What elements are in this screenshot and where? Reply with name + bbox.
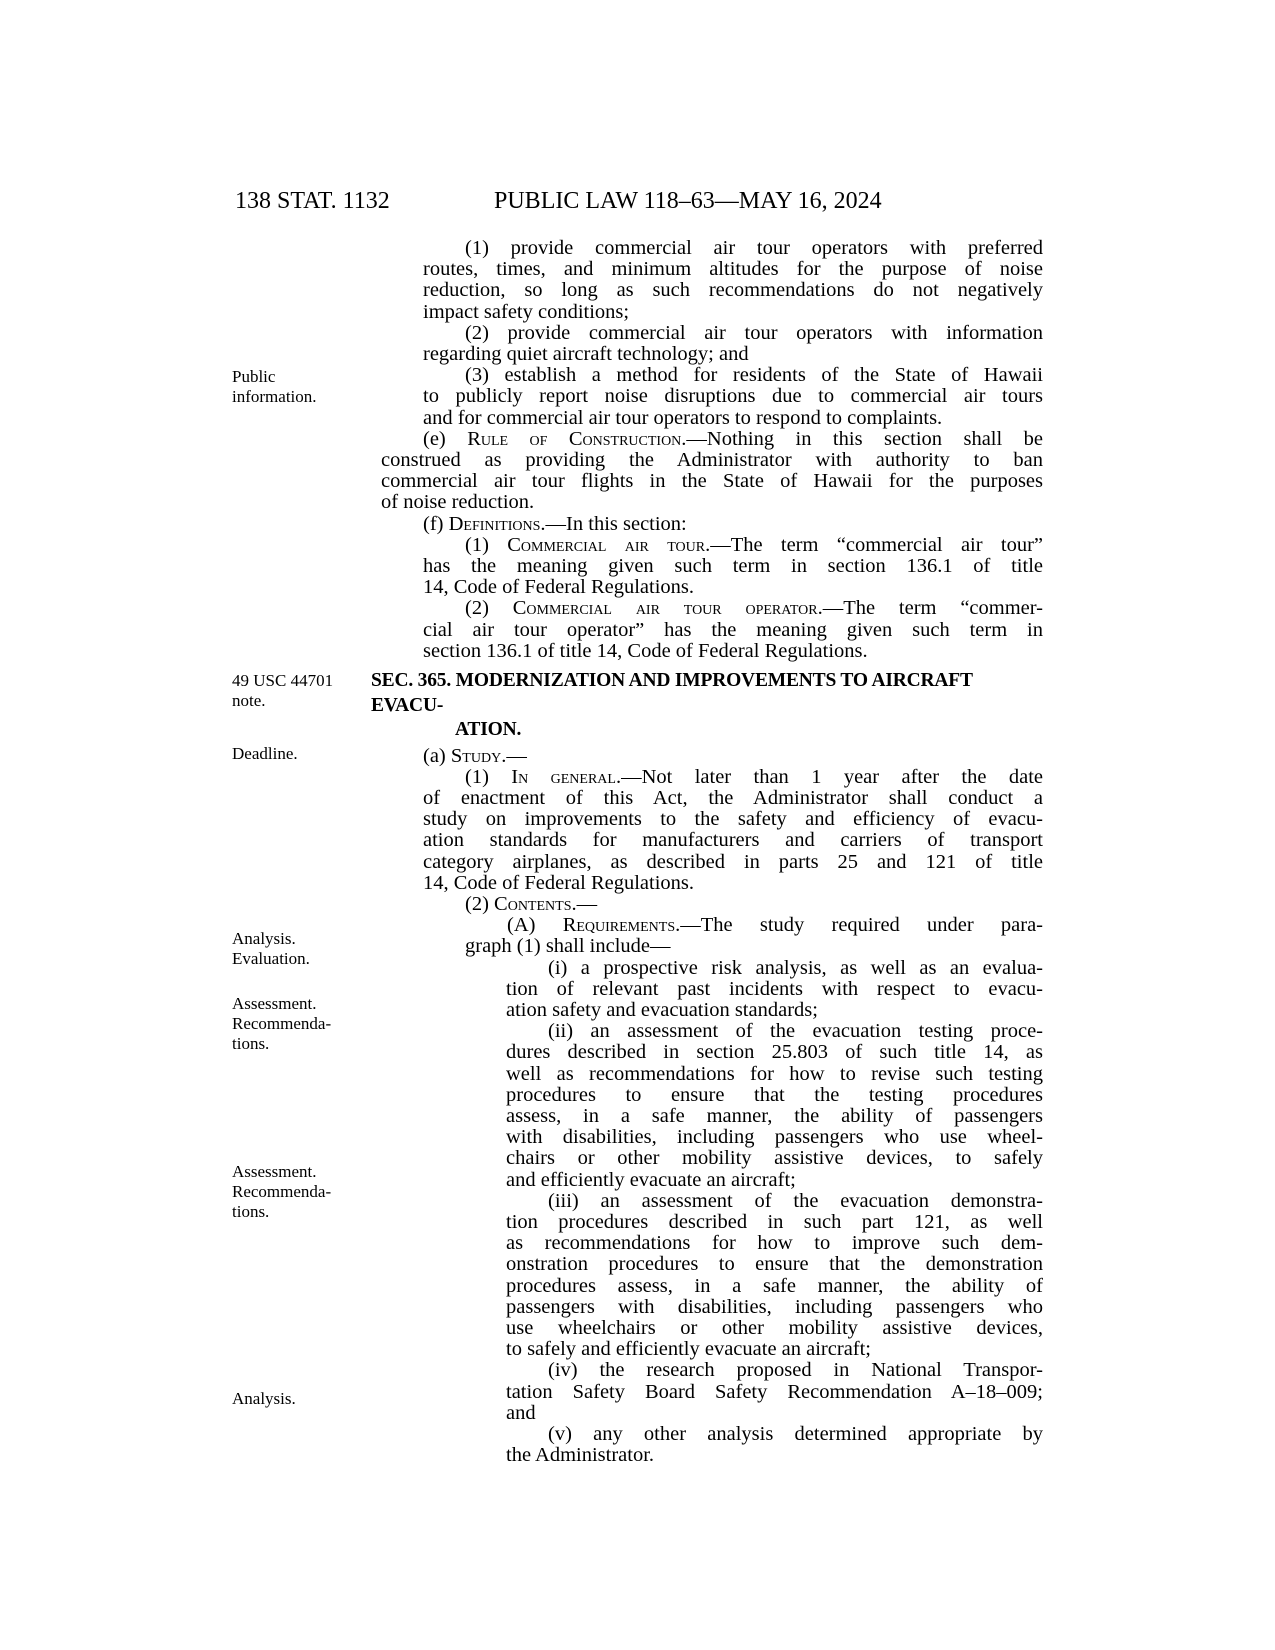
- text-line: onstration procedures to ensure that the…: [506, 1254, 1043, 1275]
- text-line: (v) any other analysis determined approp…: [506, 1424, 1043, 1445]
- text-line: and for commercial air tour operators to…: [423, 408, 1043, 429]
- margin-note-line: note.: [232, 691, 372, 711]
- paragraph: (2) provide commercial air tour operator…: [423, 323, 1043, 365]
- text-line: chairs or other mobility assistive devic…: [506, 1148, 1043, 1169]
- text-line: (1) In general.—Not later than 1 year af…: [423, 767, 1043, 788]
- section-heading-line: SEC. 365. MODERNIZATION AND IMPROVEMENTS…: [371, 669, 1043, 718]
- margin-note-line: Assessment.: [232, 1162, 372, 1182]
- paragraph: (v) any other analysis determined approp…: [506, 1424, 1043, 1466]
- text-line: (iii) an assessment of the evacuation de…: [506, 1191, 1043, 1212]
- margin-note: Deadline.: [232, 744, 372, 764]
- paragraph: (A) Requirements.—The study required und…: [465, 915, 1043, 957]
- margin-note: Assessment.Recommenda-tions.: [232, 994, 372, 1054]
- margin-note-line: Public: [232, 367, 372, 387]
- text-line: regarding quiet aircraft technology; and: [423, 344, 1043, 365]
- text-line: construed as providing the Administrator…: [381, 450, 1043, 471]
- margin-note-line: tions.: [232, 1202, 372, 1222]
- margin-note: 49 USC 44701note.: [232, 671, 372, 711]
- margin-note-line: 49 USC 44701: [232, 671, 372, 691]
- text-line: of noise reduction.: [381, 492, 1043, 513]
- small-caps-term: Contents: [494, 893, 571, 915]
- paragraph: (3) establish a method for residents of …: [423, 365, 1043, 429]
- text-line: section 136.1 of title 14, Code of Feder…: [423, 641, 1043, 662]
- margin-note-line: information.: [232, 387, 372, 407]
- text-line: (iv) the research proposed in National T…: [506, 1360, 1043, 1381]
- text-line: and: [506, 1403, 1043, 1424]
- text-line: study on improvements to the safety and …: [423, 809, 1043, 830]
- small-caps-term: Rule of Construction: [467, 428, 681, 450]
- text-line: to publicly report noise disruptions due…: [423, 386, 1043, 407]
- margin-note-line: Evaluation.: [232, 949, 372, 969]
- paragraph: (2) Contents.—: [423, 894, 1043, 915]
- paragraph: (1) Commercial air tour.—The term “comme…: [423, 535, 1043, 599]
- paragraph: (iv) the research proposed in National T…: [506, 1360, 1043, 1424]
- text-line: 14, Code of Federal Regulations.: [423, 873, 1043, 894]
- margin-note-line: Analysis.: [232, 929, 372, 949]
- text-line: with disabilities, including passengers …: [506, 1127, 1043, 1148]
- margin-note: Analysis.: [232, 1389, 372, 1409]
- paragraph: (1) In general.—Not later than 1 year af…: [423, 767, 1043, 894]
- text-line: category airplanes, as described in part…: [423, 852, 1043, 873]
- text-line: (1) Commercial air tour.—The term “comme…: [423, 535, 1043, 556]
- text-line: graph (1) shall include—: [465, 936, 1043, 957]
- margin-note: Publicinformation.: [232, 367, 372, 407]
- section-heading: SEC. 365. MODERNIZATION AND IMPROVEMENTS…: [371, 669, 1043, 743]
- text-line: the Administrator.: [506, 1445, 1043, 1466]
- margin-note: Assessment.Recommenda-tions.: [232, 1162, 372, 1222]
- text-line: procedures assess, in a safe manner, the…: [506, 1276, 1043, 1297]
- text-line: ation safety and evacuation standards;: [506, 1000, 1043, 1021]
- text-line: (3) establish a method for residents of …: [423, 365, 1043, 386]
- text-line: commercial air tour flights in the State…: [381, 471, 1043, 492]
- section-heading-line: ATION.: [371, 718, 1043, 743]
- text-line: 14, Code of Federal Regulations.: [423, 577, 1043, 598]
- text-line: (2) Commercial air tour operator.—The te…: [423, 598, 1043, 619]
- paragraph: (i) a prospective risk analysis, as well…: [506, 958, 1043, 1022]
- body-column: (1) provide commercial air tour operator…: [381, 238, 1043, 1466]
- text-line: (e) Rule of Construction.—Nothing in thi…: [381, 429, 1043, 450]
- text-line: and efficiently evacuate an aircraft;: [506, 1170, 1043, 1191]
- paragraph: (a) Study.—: [381, 746, 1043, 767]
- text-line: ation standards for manufacturers and ca…: [423, 830, 1043, 851]
- small-caps-term: Definitions: [449, 513, 541, 535]
- text-line: assess, in a safe manner, the ability of…: [506, 1106, 1043, 1127]
- margin-note-line: tions.: [232, 1034, 372, 1054]
- margin-note-line: Assessment.: [232, 994, 372, 1014]
- text-line: (2) Contents.—: [423, 894, 1043, 915]
- text-line: as recommendations for how to improve su…: [506, 1233, 1043, 1254]
- text-line: to safely and efficiently evacuate an ai…: [506, 1339, 1043, 1360]
- margin-note-line: Recommenda-: [232, 1182, 372, 1202]
- small-caps-term: Commercial air tour: [507, 534, 705, 556]
- text-line: (i) a prospective risk analysis, as well…: [506, 958, 1043, 979]
- statute-page: 138 STAT. 1132 PUBLIC LAW 118–63—MAY 16,…: [0, 0, 1275, 1650]
- text-line: (f) Definitions.—In this section:: [381, 514, 1043, 535]
- small-caps-term: Requirements: [563, 914, 675, 936]
- text-line: tion procedures described in such part 1…: [506, 1212, 1043, 1233]
- margin-note-line: Recommenda-: [232, 1014, 372, 1034]
- margin-note-line: Deadline.: [232, 744, 372, 764]
- text-line: reduction, so long as such recommendatio…: [423, 280, 1043, 301]
- text-line: tion of relevant past incidents with res…: [506, 979, 1043, 1000]
- text-line: cial air tour operator” has the meaning …: [423, 620, 1043, 641]
- text-line: impact safety conditions;: [423, 302, 1043, 323]
- text-line: tation Safety Board Safety Recommendatio…: [506, 1382, 1043, 1403]
- small-caps-term: In general: [511, 766, 616, 788]
- text-line: (A) Requirements.—The study required und…: [465, 915, 1043, 936]
- paragraph: (ii) an assessment of the evacuation tes…: [506, 1021, 1043, 1191]
- paragraph: (f) Definitions.—In this section:: [381, 514, 1043, 535]
- text-line: passengers with disabilities, including …: [506, 1297, 1043, 1318]
- margin-note-line: Analysis.: [232, 1389, 372, 1409]
- small-caps-term: Commercial air tour operator: [513, 597, 818, 619]
- text-line: (1) provide commercial air tour operator…: [423, 238, 1043, 259]
- paragraph: (e) Rule of Construction.—Nothing in thi…: [381, 429, 1043, 514]
- text-line: (a) Study.—: [381, 746, 1043, 767]
- text-line: (ii) an assessment of the evacuation tes…: [506, 1021, 1043, 1042]
- text-line: dures described in section 25.803 of suc…: [506, 1042, 1043, 1063]
- paragraph: (2) Commercial air tour operator.—The te…: [423, 598, 1043, 662]
- paragraph: (1) provide commercial air tour operator…: [423, 238, 1043, 323]
- text-line: (2) provide commercial air tour operator…: [423, 323, 1043, 344]
- margin-note: Analysis.Evaluation.: [232, 929, 372, 969]
- small-caps-term: Study: [451, 745, 501, 767]
- text-line: procedures to ensure that the testing pr…: [506, 1085, 1043, 1106]
- text-line: routes, times, and minimum altitudes for…: [423, 259, 1043, 280]
- paragraph: (iii) an assessment of the evacuation de…: [506, 1191, 1043, 1361]
- text-line: use wheelchairs or other mobility assist…: [506, 1318, 1043, 1339]
- text-line: has the meaning given such term in secti…: [423, 556, 1043, 577]
- text-line: well as recommendations for how to revis…: [506, 1064, 1043, 1085]
- text-line: of enactment of this Act, the Administra…: [423, 788, 1043, 809]
